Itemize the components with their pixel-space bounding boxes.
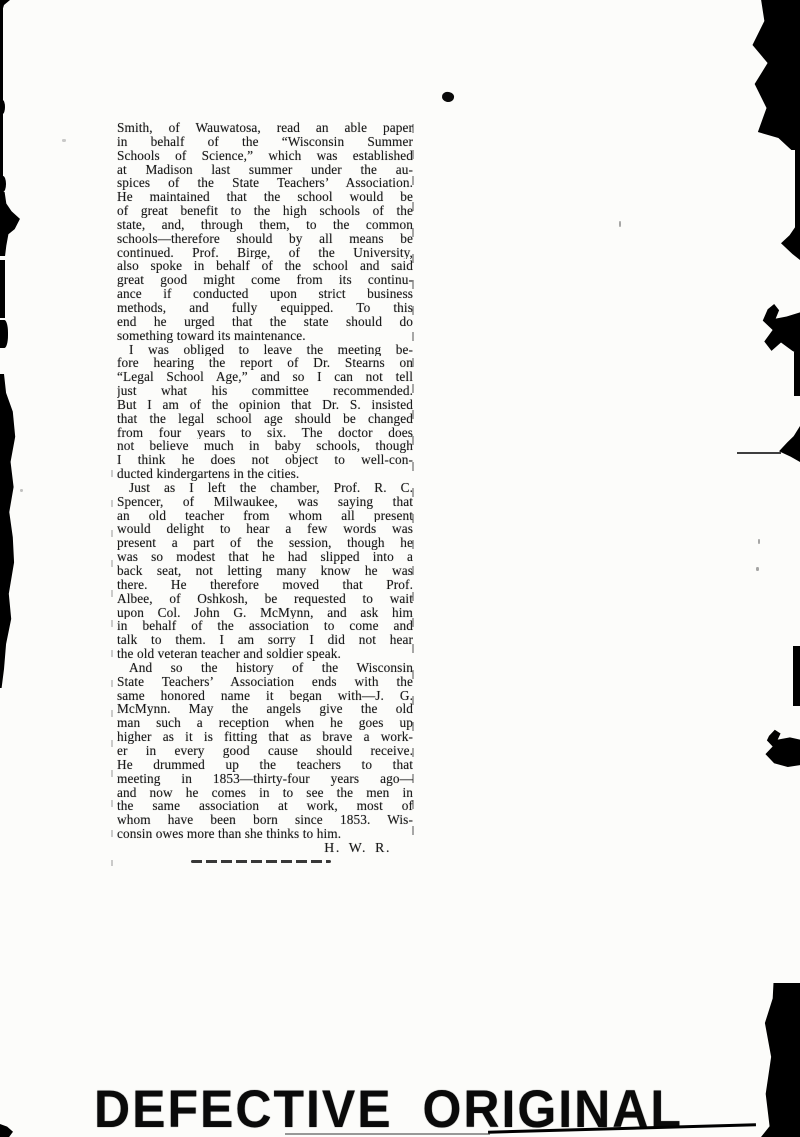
scanned-page: Smith, of Wauwatosa, read an able paperi… <box>0 0 800 1137</box>
clipping-line: not believe much in baby schools, though <box>117 439 413 453</box>
ink-speck <box>756 567 759 571</box>
clipping-line: And so the history of the Wisconsin <box>117 661 413 675</box>
clipping-line: in behalf of the association to come and <box>117 619 413 633</box>
clipping-line: state, and, through them, to the common <box>117 218 413 232</box>
clipping-line: same honored name it began with—J. G. <box>117 689 413 703</box>
scan-artifact-right-wedge <box>779 426 800 462</box>
clipping-signature: H. W. R. <box>117 841 413 855</box>
scan-artifact-left-strip <box>0 260 5 318</box>
ink-speck <box>62 139 66 142</box>
clipping-line: ance if conducted upon strict business <box>117 287 413 301</box>
clipping-line: er in every good cause should receive. <box>117 744 413 758</box>
clipping-line: that the legal school age should be chan… <box>117 412 413 426</box>
clipping-line: McMynn. May the angels give the old <box>117 702 413 716</box>
clipping-line: whom have been born since 1853. Wis- <box>117 813 413 827</box>
ink-speck <box>758 539 760 544</box>
scan-artifact-bottom-left <box>0 1124 13 1137</box>
clipping-line: higher as it is fitting that as brave a … <box>117 730 413 744</box>
clipping-line: back seat, not letting many know he was <box>117 564 413 578</box>
clipping-line: He maintained that the school would be <box>117 190 413 204</box>
scan-artifact-bottom-line <box>285 1133 490 1135</box>
clipping-line: an old teacher from whom all present <box>117 509 413 523</box>
clipping-line: great good might come from its continu- <box>117 273 413 287</box>
scan-artifact-left-long-strip <box>0 374 16 688</box>
ink-dot <box>441 91 455 103</box>
clipping-text: Smith, of Wauwatosa, read an able paperi… <box>117 121 413 841</box>
clipping-line: at Madison last summer under the au- <box>117 163 413 177</box>
clipping-line: But I am of the opinion that Dr. S. insi… <box>117 398 413 412</box>
clipping-line: of great benefit to the high schools of … <box>117 204 413 218</box>
article-end-divider <box>191 860 331 863</box>
clipping-line: the old veteran teacher and soldier spea… <box>117 647 413 661</box>
clipping-line: upon Col. John G. McMynn, and ask him <box>117 606 413 620</box>
clipping-line: man such a reception when he goes up <box>117 716 413 730</box>
scan-artifact-right-hairline <box>737 452 781 454</box>
clipping-line: was so modest that he had slipped into a <box>117 550 413 564</box>
clipping-left-torn-edge <box>111 470 113 866</box>
clipping-line: there. He therefore moved that Prof. <box>117 578 413 592</box>
scan-artifact-right-strip <box>793 646 800 706</box>
clipping-line: schools—therefore should by all means be <box>117 232 413 246</box>
ink-speck <box>619 221 621 227</box>
clipping-line: fore hearing the report of Dr. Stearns o… <box>117 356 413 370</box>
clipping-line: end he urged that the state should do <box>117 315 413 329</box>
clipping-line: ducted kindergartens in the cities. <box>117 467 413 481</box>
scan-artifact-right-blob <box>764 729 800 767</box>
clipping-line: would delight to hear a few words was <box>117 522 413 536</box>
clipping-line: the same association at work, most of <box>117 799 413 813</box>
clipping-line: talk to them. I am sorry I did not hear <box>117 633 413 647</box>
clipping-line: “Legal School Age,” and so I can not tel… <box>117 370 413 384</box>
clipping-line: present a part of the session, though he <box>117 536 413 550</box>
clipping-line: Smith, of Wauwatosa, read an able paper <box>117 121 413 135</box>
clipping-line: Schools of Science,” which was establish… <box>117 149 413 163</box>
clipping-line: continued. Prof. Birge, of the Universit… <box>117 246 413 260</box>
clipping-line: State Teachers’ Association ends with th… <box>117 675 413 689</box>
clipping-line: Just as I left the chamber, Prof. R. C. <box>117 481 413 495</box>
scan-artifact-top-right-blob <box>746 0 800 150</box>
ink-speck <box>20 489 23 492</box>
newspaper-clipping: Smith, of Wauwatosa, read an able paperi… <box>117 121 413 863</box>
clipping-line: spices of the State Teachers’ Associatio… <box>117 176 413 190</box>
clipping-line: meeting in 1853—thirty-four years ago— <box>117 772 413 786</box>
scan-artifact-right-wedge <box>781 220 800 260</box>
scan-artifact-right-strip <box>794 352 800 396</box>
clipping-line: just what his committee recommended. <box>117 384 413 398</box>
clipping-line: and now he comes in to see the men in <box>117 786 413 800</box>
clipping-line: Albee, of Oshkosh, be requested to wait <box>117 592 413 606</box>
scan-artifact-right-blob <box>762 303 800 355</box>
scan-artifact-left-blob <box>0 192 21 256</box>
clipping-line: also spoke in behalf of the school and s… <box>117 259 413 273</box>
clipping-line: Spencer, of Milwaukee, was saying that <box>117 495 413 509</box>
scan-artifact-left-blob <box>0 320 8 348</box>
clipping-line: something toward its maintenance. <box>117 329 413 343</box>
scan-artifact-left-bump <box>0 100 5 114</box>
scan-artifact-left-bump <box>0 176 6 192</box>
clipping-line: I think he does not object to well-con- <box>117 453 413 467</box>
scan-artifact-bottom-right-blob <box>761 983 800 1137</box>
clipping-line: consin owes more than she thinks to him. <box>117 827 413 841</box>
clipping-line: from four years to six. The doctor does <box>117 426 413 440</box>
clipping-line: methods, and fully equipped. To this <box>117 301 413 315</box>
clipping-line: in behalf of the “Wisconsin Summer <box>117 135 413 149</box>
clipping-line: I was obliged to leave the meeting be- <box>117 343 413 357</box>
clipping-line: He drummed up the teachers to that <box>117 758 413 772</box>
